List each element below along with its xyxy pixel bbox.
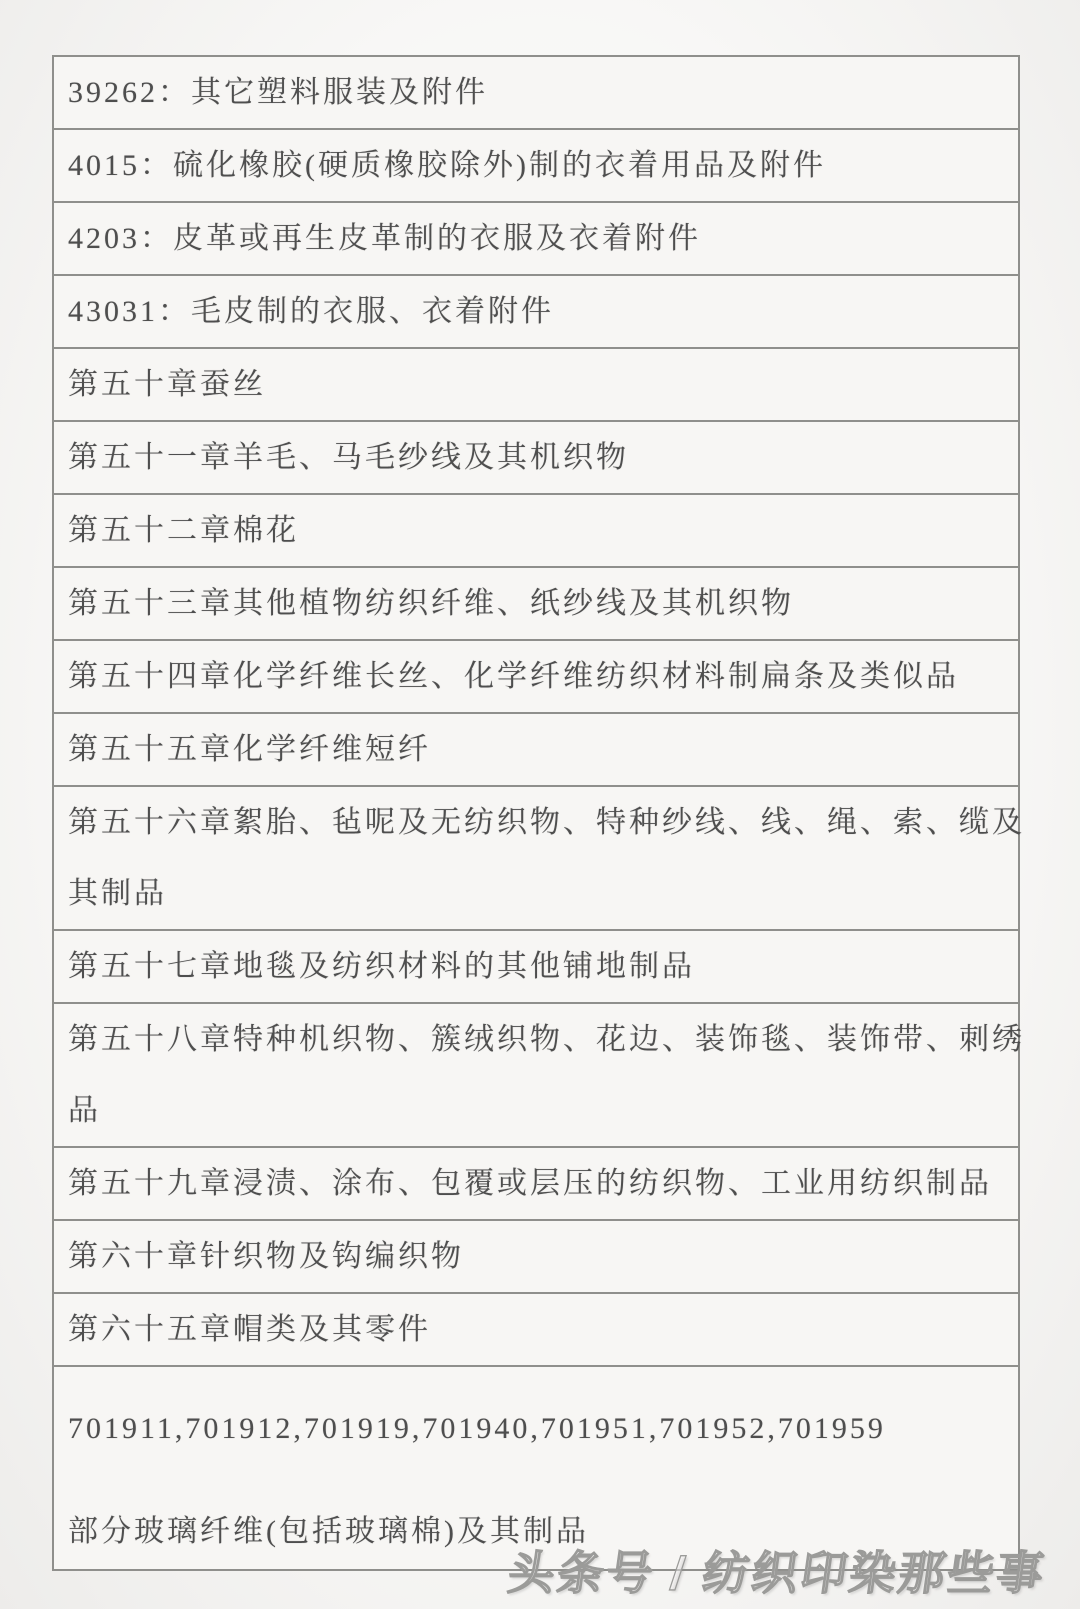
hs-code-table: 39262：其它塑料服装及附件 4015：硫化橡胶(硬质橡胶除外)制的衣着用品及… (52, 55, 1020, 1571)
table-row: 第六十五章帽类及其零件 (54, 1292, 1018, 1365)
table-row: 4203：皮革或再生皮革制的衣服及衣着附件 (54, 201, 1018, 274)
row-text: 第五十五章化学纤维短纤 (68, 714, 1018, 785)
row-text: 品 (68, 1075, 1018, 1146)
row-text: 第五十九章浸渍、涂布、包覆或层压的纺织物、工业用纺织制品 (68, 1148, 1018, 1219)
table-row: 第五十章蚕丝 (54, 347, 1018, 420)
row-text: 第五十二章棉花 (68, 495, 1018, 566)
table-row: 第五十二章棉花 (54, 493, 1018, 566)
table-row: 第五十五章化学纤维短纤 (54, 712, 1018, 785)
row-text: 43031：毛皮制的衣服、衣着附件 (68, 276, 1018, 347)
table-row: 第五十六章絮胎、毡呢及无纺织物、特种纱线、线、绳、索、缆及 其制品 (54, 785, 1018, 929)
table-row: 第五十三章其他植物纺织纤维、纸纱线及其机织物 (54, 566, 1018, 639)
table-row: 39262：其它塑料服装及附件 (54, 57, 1018, 128)
table-row: 第五十八章特种机织物、簇绒织物、花边、装饰毯、装饰带、刺绣 品 (54, 1002, 1018, 1146)
table-row: 第五十七章地毯及纺织材料的其他铺地制品 (54, 929, 1018, 1002)
row-text: 其制品 (68, 858, 1018, 929)
table-row: 4015：硫化橡胶(硬质橡胶除外)制的衣着用品及附件 (54, 128, 1018, 201)
table-row: 第五十九章浸渍、涂布、包覆或层压的纺织物、工业用纺织制品 (54, 1146, 1018, 1219)
row-text: 39262：其它塑料服装及附件 (68, 57, 1018, 128)
row-text: 第五十八章特种机织物、簇绒织物、花边、装饰毯、装饰带、刺绣 (68, 1004, 1018, 1075)
row-text: 第五十一章羊毛、马毛纱线及其机织物 (68, 422, 1018, 493)
table-row: 第五十一章羊毛、马毛纱线及其机织物 (54, 420, 1018, 493)
row-text: 4203：皮革或再生皮革制的衣服及衣着附件 (68, 203, 1018, 274)
row-text: 第五十三章其他植物纺织纤维、纸纱线及其机织物 (68, 568, 1018, 639)
toutiao-watermark: 头条号 / 纺织印染那些事 (504, 1537, 1051, 1603)
row-text: 第五十四章化学纤维长丝、化学纤维纺织材料制扁条及类似品 (68, 641, 1018, 712)
table-row: 43031：毛皮制的衣服、衣着附件 (54, 274, 1018, 347)
row-text: 4015：硫化橡胶(硬质橡胶除外)制的衣着用品及附件 (68, 130, 1018, 201)
row-text: 第六十五章帽类及其零件 (68, 1294, 1018, 1365)
row-text: 第六十章针织物及钩编织物 (68, 1221, 1018, 1292)
table-row: 第五十四章化学纤维长丝、化学纤维纺织材料制扁条及类似品 (54, 639, 1018, 712)
row-text: 第五十七章地毯及纺织材料的其他铺地制品 (68, 931, 1018, 1002)
row-text: 第五十章蚕丝 (68, 349, 1018, 420)
table-row: 第六十章针织物及钩编织物 (54, 1219, 1018, 1292)
row-text: 第五十六章絮胎、毡呢及无纺织物、特种纱线、线、绳、索、缆及 (68, 787, 1018, 858)
row-text: 701911,701912,701919,701940,701951,70195… (68, 1393, 1018, 1464)
